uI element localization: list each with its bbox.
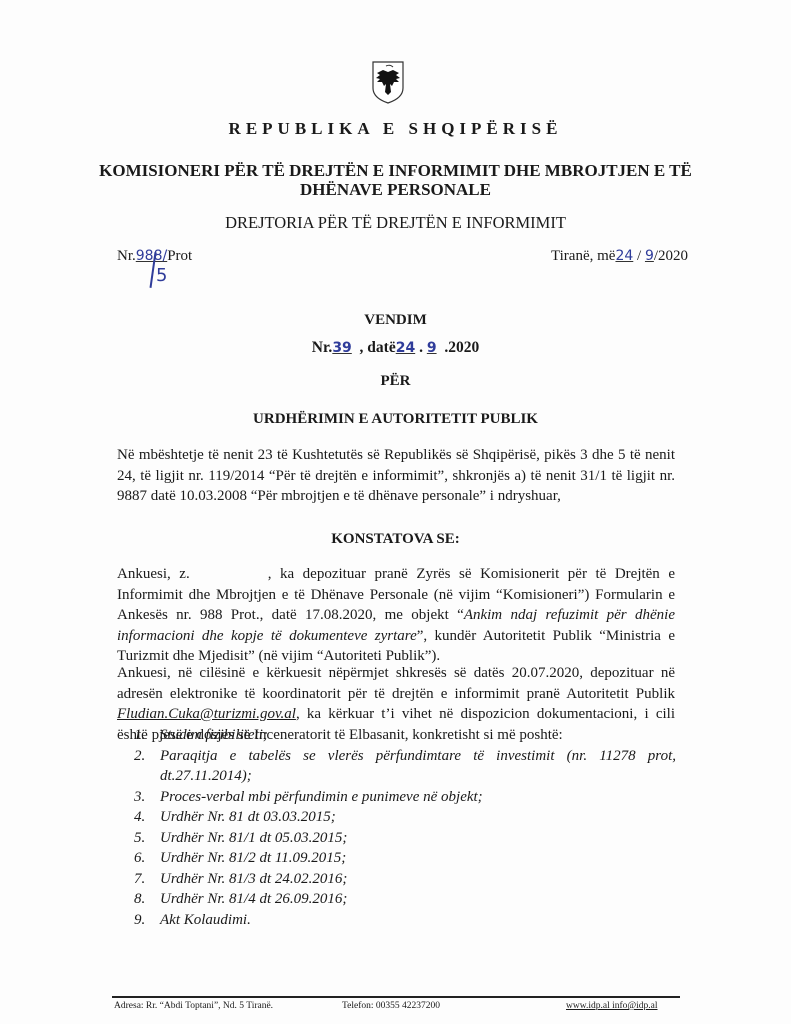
item-number: 5. bbox=[134, 828, 145, 849]
place-date: Tiranë, më24 / 9/2020 bbox=[551, 248, 688, 265]
item-text: Paraqitja e tabelës se vlerës përfundimt… bbox=[160, 748, 676, 785]
item-text: Studim fizibiliteti; bbox=[160, 727, 268, 743]
list-item: 5.Urdhër Nr. 81/1 dt 05.03.2015; bbox=[160, 828, 676, 849]
date-day-handwritten: 24 bbox=[615, 248, 633, 264]
item-text: Urdhër Nr. 81/2 dt 11.09.2015; bbox=[160, 850, 346, 866]
item-text: Akt Kolaudimi. bbox=[160, 912, 251, 928]
footer-phone: Telefon: 00355 42237200 bbox=[342, 1001, 440, 1011]
decision-nr-handwritten: 39 bbox=[332, 340, 351, 356]
institution-line-1: KOMISIONERI PËR TË DREJTËN E INFORMIMIT … bbox=[0, 161, 791, 180]
item-number: 2. bbox=[134, 746, 145, 767]
date-separator: / bbox=[633, 248, 645, 264]
decision-month-handwritten: 9 bbox=[427, 340, 437, 356]
document-page: REPUBLIKA E SHQIPËRISË KOMISIONERI PËR T… bbox=[0, 0, 791, 1024]
decision-date-dot: . bbox=[415, 339, 427, 356]
date-month-handwritten: 9 bbox=[645, 248, 654, 264]
decision-per: PËR bbox=[0, 373, 791, 390]
date-year: /2020 bbox=[654, 248, 688, 264]
directorate-heading: DREJTORIA PËR TË DREJTËN E INFORMIMIT bbox=[0, 213, 791, 233]
protocol-prot-label: Prot bbox=[167, 248, 192, 264]
decision-title: VENDIM bbox=[0, 312, 791, 329]
protocol-nr-handwritten: 988/ bbox=[136, 248, 167, 264]
list-item: 1.Studim fizibiliteti; bbox=[160, 725, 676, 746]
item-number: 1. bbox=[134, 725, 145, 746]
institution-heading: KOMISIONERI PËR TË DREJTËN E INFORMIMIT … bbox=[0, 161, 791, 199]
complainant-label: Ankuesi, z. bbox=[117, 566, 190, 582]
item-text: Urdhër Nr. 81/4 dt 26.09.2016; bbox=[160, 891, 347, 907]
item-number: 4. bbox=[134, 807, 145, 828]
item-number: 8. bbox=[134, 889, 145, 910]
decision-number-date: Nr.39 , datë24 . 9 .2020 bbox=[0, 339, 791, 357]
decision-day-handwritten: 24 bbox=[396, 340, 415, 356]
list-item: 3.Proces-verbal mbi përfundimin e punime… bbox=[160, 787, 676, 808]
item-number: 9. bbox=[134, 910, 145, 931]
albanian-coat-of-arms-icon bbox=[371, 60, 405, 104]
footer-web-link[interactable]: www.idp.al info@idp.al bbox=[566, 1001, 658, 1011]
decision-year: .2020 bbox=[444, 339, 479, 356]
findings-heading: KONSTATOVA SE: bbox=[0, 531, 791, 548]
protocol-nr-label: Nr. bbox=[117, 248, 136, 264]
item-text: Urdhër Nr. 81/1 dt 05.03.2015; bbox=[160, 830, 347, 846]
institution-line-2: DHËNAVE PERSONALE bbox=[0, 180, 791, 199]
item-text: Proces-verbal mbi përfundimin e punimeve… bbox=[160, 789, 483, 805]
request-text: Ankuesi, në cilësinë e kërkuesit nëpërmj… bbox=[117, 665, 675, 702]
requested-documents-list: 1.Studim fizibiliteti; 2.Paraqitja e tab… bbox=[134, 725, 676, 930]
item-text: Urdhër Nr. 81 dt 03.03.2015; bbox=[160, 809, 336, 825]
item-number: 3. bbox=[134, 787, 145, 808]
item-number: 7. bbox=[134, 869, 145, 890]
item-text: Urdhër Nr. 81/3 dt 24.02.2016; bbox=[160, 871, 347, 887]
list-item: 2.Paraqitja e tabelës se vlerës përfundi… bbox=[160, 746, 676, 787]
list-item: 4.Urdhër Nr. 81 dt 03.03.2015; bbox=[160, 807, 676, 828]
decision-subject: URDHËRIMIN E AUTORITETIT PUBLIK bbox=[0, 411, 791, 428]
list-item: 9.Akt Kolaudimi. bbox=[160, 910, 676, 931]
item-number: 6. bbox=[134, 848, 145, 869]
protocol-sub-number: 5 bbox=[156, 265, 167, 286]
coordinator-email-link[interactable]: Fludian.Cuka@turizmi.gov.al bbox=[117, 706, 296, 722]
legal-basis-paragraph: Në mbështetje të nenit 23 të Kushtetutës… bbox=[117, 445, 675, 507]
list-item: 6.Urdhër Nr. 81/2 dt 11.09.2015; bbox=[160, 848, 676, 869]
footer-divider bbox=[112, 996, 680, 998]
decision-nr-label: Nr. bbox=[312, 339, 333, 356]
country-heading: REPUBLIKA E SHQIPËRISË bbox=[0, 119, 791, 139]
place-label: Tiranë, më bbox=[551, 248, 615, 264]
footer-address: Adresa: Rr. “Abdi Toptani”, Nd. 5 Tiranë… bbox=[114, 1001, 273, 1011]
decision-date-label: , datë bbox=[360, 339, 396, 356]
list-item: 7.Urdhër Nr. 81/3 dt 24.02.2016; bbox=[160, 869, 676, 890]
complaint-paragraph: Ankuesi, z., ka depozituar pranë Zyrës s… bbox=[117, 564, 675, 667]
list-item: 8.Urdhër Nr. 81/4 dt 26.09.2016; bbox=[160, 889, 676, 910]
